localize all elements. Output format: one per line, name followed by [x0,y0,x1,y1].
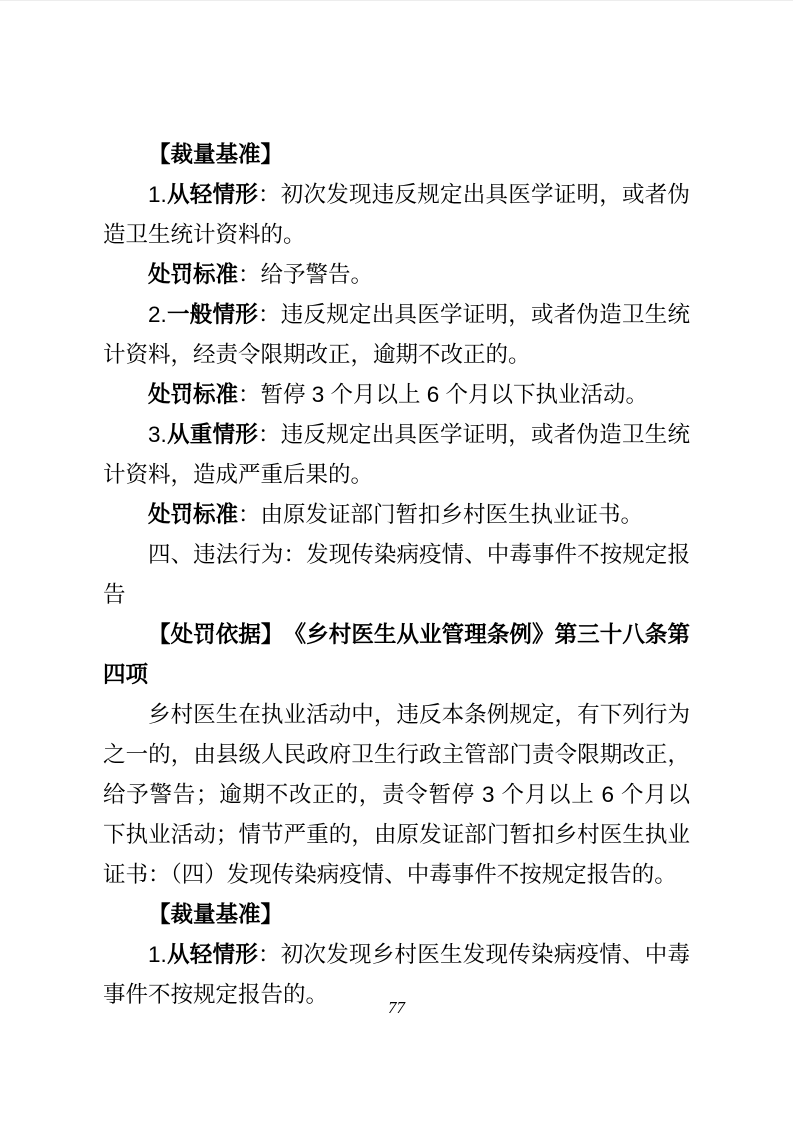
item-text: ：给予警告。 [238,262,373,287]
section-heading-discretion-2: 【裁量基准】 [103,895,690,935]
paragraph-penalty-standard-3: 处罚标准：由原发证部门暂扣乡村医生执业证书。 [103,495,690,535]
section-heading-discretion-1: 【裁量基准】 [103,135,690,175]
page-footer: 77 [0,998,793,1018]
paragraph-severe-circumstance: 3.从重情形：违反规定出具医学证明，或者伪造卫生统计资料，造成严重后果的。 [103,415,690,495]
item-label: 处罚标准 [148,502,238,527]
paragraph-regulation-body: 乡村医生在执业活动中，违反本条例规定，有下列行为之一的，由县级人民政府卫生行政主… [103,695,690,895]
heading-text: 【裁量基准】 [148,902,283,927]
item-label: 从重情形 [167,422,258,447]
item-label: 从轻情形 [167,942,258,967]
heading-text: 【裁量基准】 [148,142,283,167]
item-number: 2. [148,302,167,327]
item-text: 乡村医生在执业活动中，违反本条例规定，有下列行为之一的，由县级人民政府卫生行政主… [103,702,690,887]
item-label: 处罚标准 [148,382,238,407]
section-heading-penalty-basis: 【处罚依据】 《乡村医生从业管理条例》第三十八条第四项 [103,615,690,695]
item-number: 1. [148,182,167,207]
paragraph-violation-4: 四、违法行为：发现传染病疫情、中毒事件不按规定报告 [103,535,690,615]
item-text: 四、违法行为：发现传染病疫情、中毒事件不按规定报告 [103,542,690,607]
paragraph-penalty-standard-2: 处罚标准：暂停 3 个月以上 6 个月以下执业活动。 [103,375,690,415]
item-label: 从轻情形 [167,182,258,207]
heading-text: 【处罚依据】 《乡村医生从业管理条例》第三十八条第四项 [103,622,690,687]
item-number: 1. [148,942,167,967]
page-number: 77 [388,998,405,1017]
paragraph-lenient-1: 1.从轻情形：初次发现违反规定出具医学证明，或者伪造卫生统计资料的。 [103,175,690,255]
item-label: 一般情形 [167,302,258,327]
item-text: ：暂停 3 个月以上 6 个月以下执业活动。 [238,382,648,407]
item-number: 3. [148,422,167,447]
item-label: 处罚标准 [148,262,238,287]
paragraph-penalty-standard-1: 处罚标准：给予警告。 [103,255,690,295]
document-page: 【裁量基准】 1.从轻情形：初次发现违反规定出具医学证明，或者伪造卫生统计资料的… [0,0,793,1122]
paragraph-general-circumstance: 2.一般情形：违反规定出具医学证明，或者伪造卫生统计资料，经责令限期改正，逾期不… [103,295,690,375]
item-text: ：由原发证部门暂扣乡村医生执业证书。 [238,502,643,527]
document-body: 【裁量基准】 1.从轻情形：初次发现违反规定出具医学证明，或者伪造卫生统计资料的… [103,135,690,1015]
